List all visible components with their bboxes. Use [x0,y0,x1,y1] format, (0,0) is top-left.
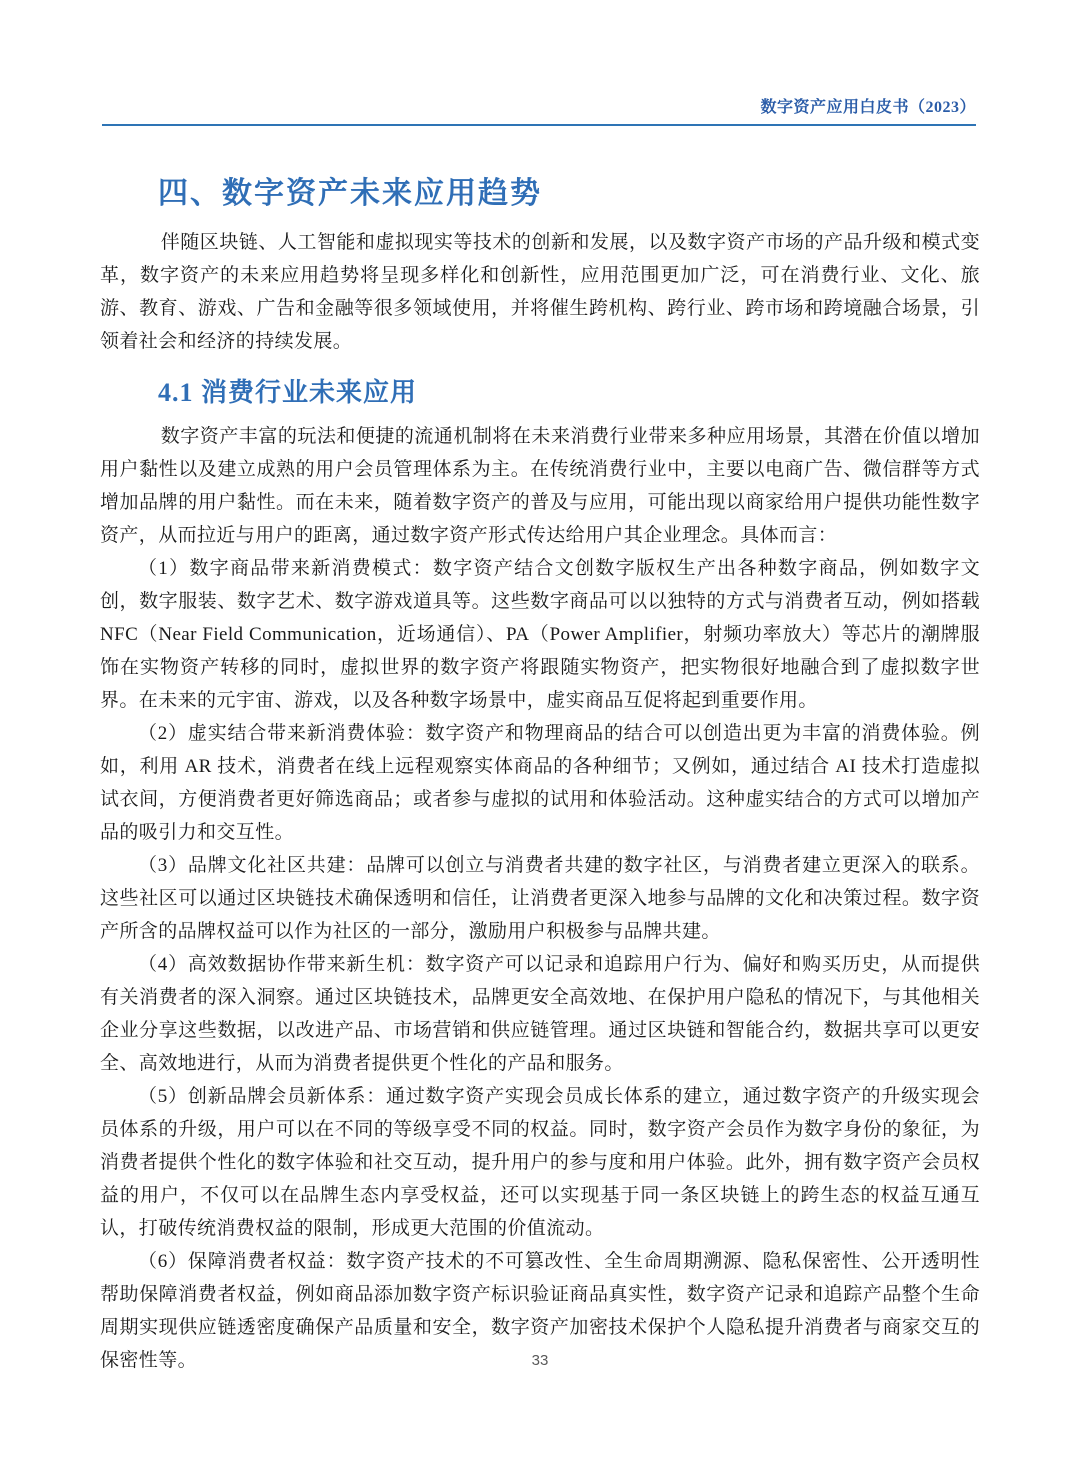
point-paragraph: （1）数字商品带来新消费模式：数字资产结合文创数字版权生产出各种数字商品，例如数… [100,552,980,717]
section-lead-paragraph: 数字资产丰富的玩法和便捷的流通机制将在未来消费行业带来多种应用场景，其潜在价值以… [100,420,980,552]
document-page: 数字资产应用白皮书（2023） 四、数字资产未来应用趋势 伴随区块链、人工智能和… [0,0,1080,1466]
point-paragraph: （4）高效数据协作带来新生机：数字资产可以记录和追踪用户行为、偏好和购买历史，从… [100,948,980,1080]
point-paragraph: （3）品牌文化社区共建：品牌可以创立与消费者共建的数字社区，与消费者建立更深入的… [100,849,980,948]
section-title: 4.1 消费行业未来应用 [100,374,980,412]
intro-paragraph: 伴随区块链、人工智能和虚拟现实等技术的创新和发展，以及数字资产市场的产品升级和模… [100,226,980,358]
points-list: （1）数字商品带来新消费模式：数字资产结合文创数字版权生产出各种数字商品，例如数… [100,552,980,1377]
page-number: 33 [532,1352,549,1369]
point-paragraph: （2）虚实结合带来新消费体验：数字资产和物理商品的结合可以创造出更为丰富的消费体… [100,717,980,849]
running-head-title: 数字资产应用白皮书（2023） [760,99,976,116]
page-header: 数字资产应用白皮书（2023） [102,94,976,126]
point-paragraph: （5）创新品牌会员新体系：通过数字资产实现会员成长体系的建立，通过数字资产的升级… [100,1080,980,1245]
page-content: 四、数字资产未来应用趋势 伴随区块链、人工智能和虚拟现实等技术的创新和发展，以及… [100,158,980,1377]
chapter-title: 四、数字资产未来应用趋势 [100,172,980,216]
page-footer: 33 [0,1352,1080,1370]
